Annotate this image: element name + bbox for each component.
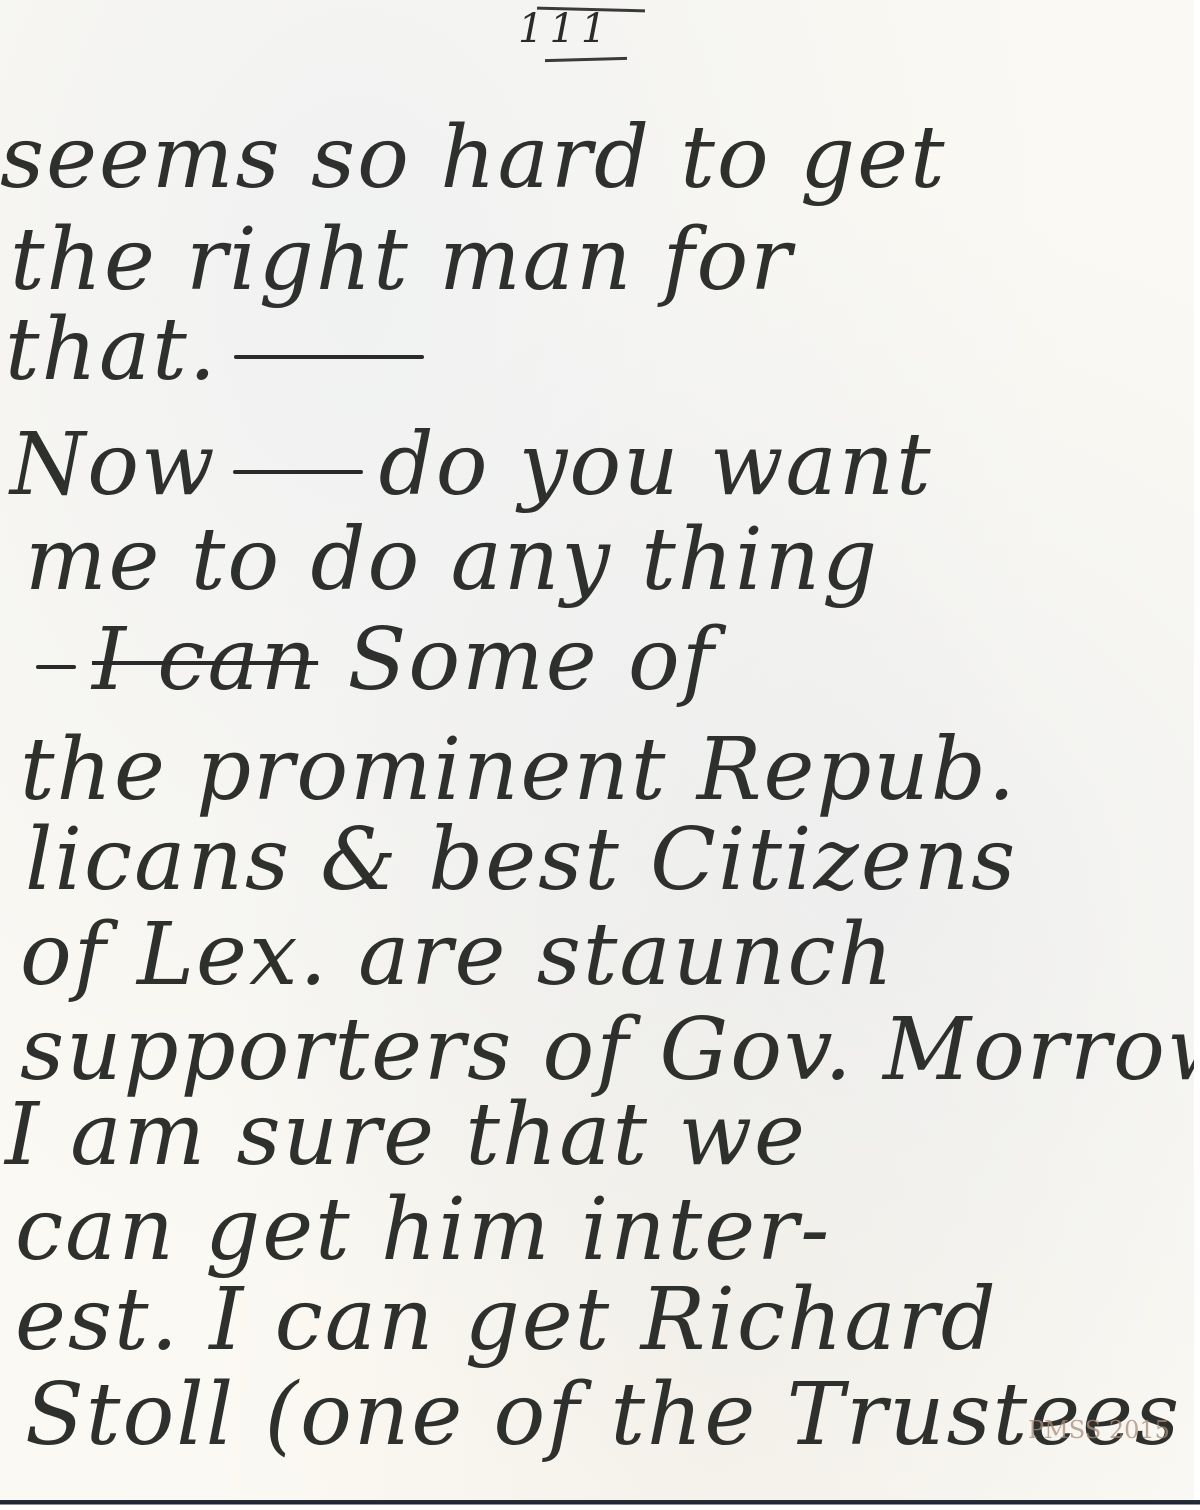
handwritten-line: the right man for [10, 210, 1190, 310]
handwritten-line: licans & best Citizens [25, 810, 1194, 910]
handwritten-line: I can Some of [20, 610, 1194, 710]
handwritten-line: est. I can get Richard [15, 1270, 1194, 1370]
struck-text: I can [92, 610, 318, 710]
line-text: the prominent Repub. [20, 720, 1017, 820]
handwritten-line: of Lex. are staunch [20, 905, 1194, 1005]
scan-edge-bottom [0, 1500, 1200, 1510]
handwritten-line: I am sure that we [5, 1085, 1185, 1185]
line-text: Now [10, 415, 217, 515]
line-text: seems so hard to get [0, 108, 947, 208]
line-text: licans & best Citizens [25, 810, 1017, 910]
watermark: PMSS 2015 [1028, 1416, 1170, 1444]
line-text: Stoll (one of the Trustees [25, 1365, 1181, 1465]
handwritten-line: the prominent Repub. [20, 720, 1194, 820]
handwritten-line: Stoll (one of the Trustees [25, 1365, 1194, 1465]
line-text: can get him inter- [15, 1180, 831, 1280]
line-text: me to do any thing [25, 510, 879, 610]
line-text: Some of [318, 610, 715, 710]
handwritten-line: Nowdo you want [10, 415, 1190, 515]
handwritten-line: seems so hard to get [0, 108, 1180, 208]
handwritten-line: me to do any thing [25, 510, 1194, 610]
pen-dash [234, 355, 424, 359]
page-number: 111 [518, 6, 612, 52]
handwritten-line: can get him inter- [15, 1180, 1194, 1280]
line-text: that. [5, 300, 218, 400]
scan-edge-right [1194, 0, 1200, 1510]
line-text: do you want [379, 415, 933, 515]
line-text: the right man for [10, 210, 793, 310]
handwritten-line: that. [5, 300, 1185, 400]
line-text: of Lex. are staunch [20, 905, 895, 1005]
line-text: est. I can get Richard [15, 1270, 998, 1370]
line-text: I am sure that we [5, 1085, 807, 1185]
pen-dash [233, 470, 363, 474]
pen-dash [36, 665, 76, 669]
letter-page: 111 seems so hard to getthe right man fo… [0, 0, 1194, 1500]
page-number-underline [545, 57, 627, 62]
